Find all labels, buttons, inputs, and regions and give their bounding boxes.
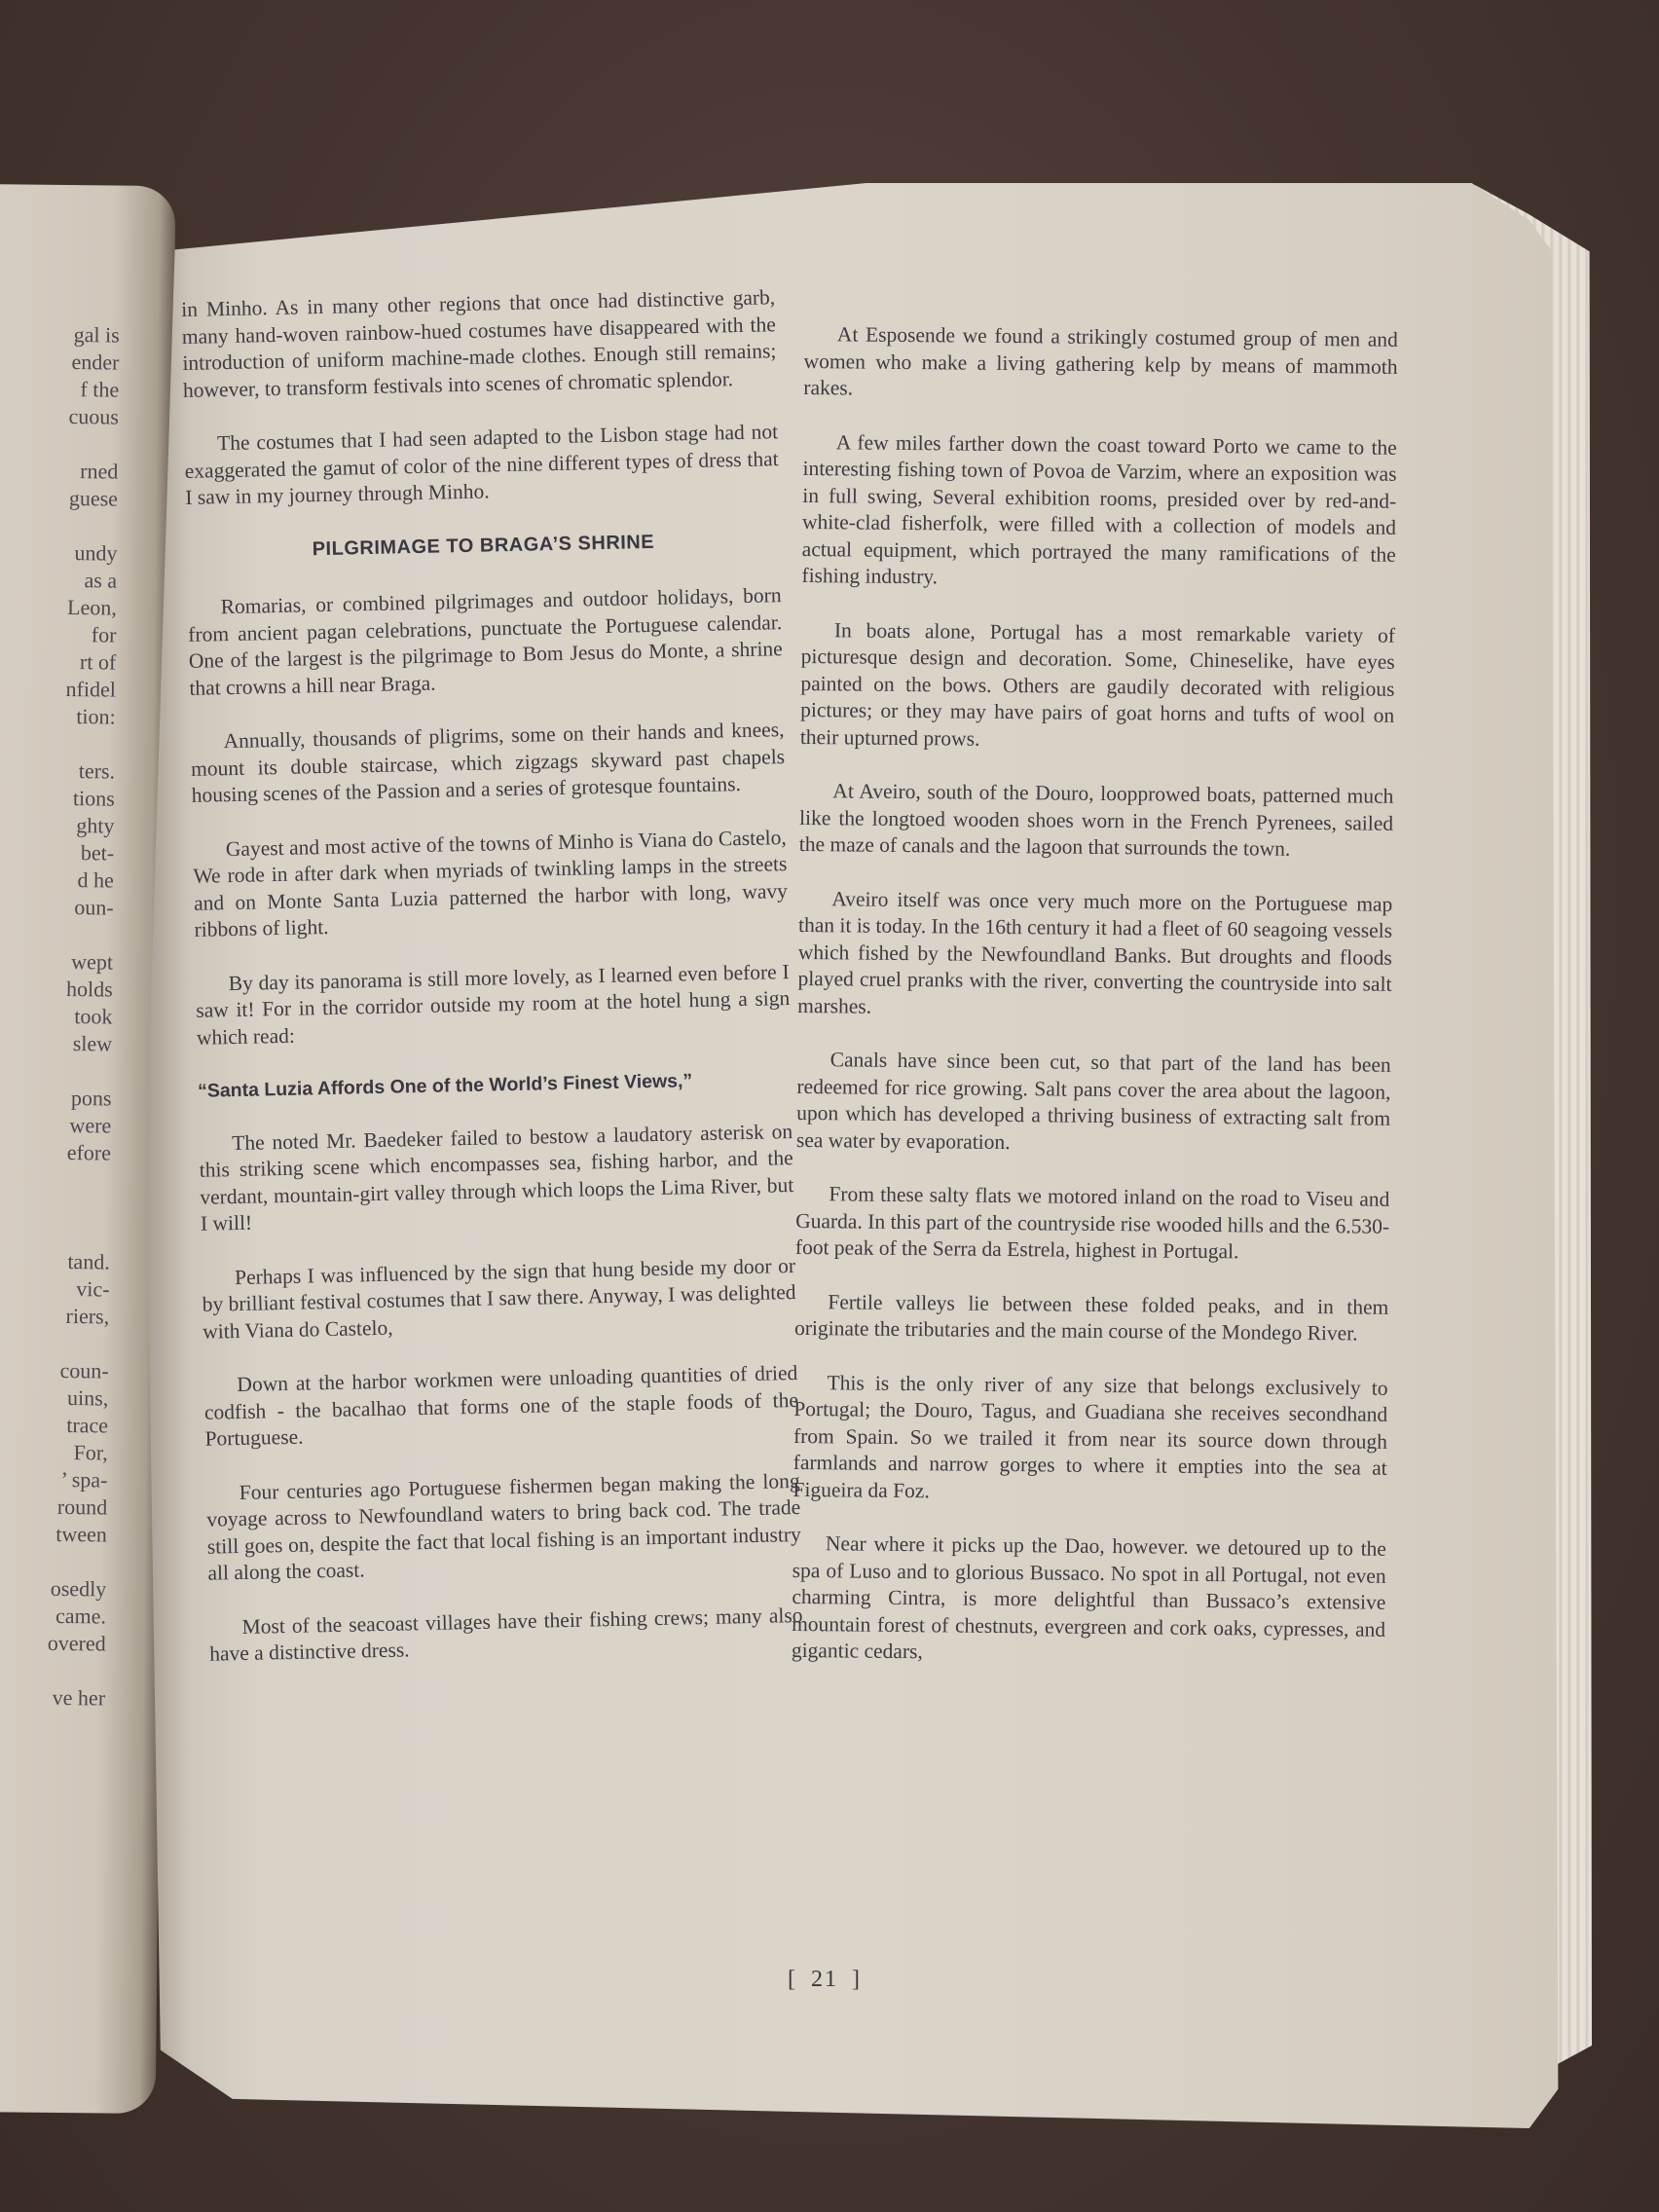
facing-page-line: took xyxy=(74,1003,112,1030)
facing-page-line: were xyxy=(69,1112,111,1139)
section-heading: PILGRIMAGE TO BRAGA’S SHRINE xyxy=(186,527,780,566)
facing-page-line: osedly xyxy=(51,1575,107,1604)
paragraph: Most of the seacoast villages have their… xyxy=(208,1602,803,1668)
left-column: in Minho. As in many other regions that … xyxy=(181,284,804,1695)
facing-page-line: d he xyxy=(77,866,114,894)
facing-page-line: f the xyxy=(80,376,119,403)
facing-page-line: ghty xyxy=(76,812,114,839)
facing-page-line: cuous xyxy=(68,403,119,431)
facing-page-line: coun- xyxy=(59,1357,108,1385)
paragraph: Romarias, or combined pilgrimages and ou… xyxy=(187,582,783,702)
paragraph: Perhaps I was influenced by the sign tha… xyxy=(202,1253,797,1346)
bracket-open: [ xyxy=(788,1967,797,1992)
facing-page-line: overed xyxy=(48,1630,106,1658)
right-column: At Esposende we found a strikingly costu… xyxy=(791,321,1397,1697)
paragraph: Aveiro itself was once very much more on… xyxy=(797,885,1392,1024)
facing-page-line: for xyxy=(92,621,117,648)
paragraph: By day its panorama is still more lovely… xyxy=(196,959,792,1051)
facing-page-line: wept xyxy=(71,948,113,976)
facing-page-line: ve her xyxy=(53,1684,106,1713)
facing-page-line: bet- xyxy=(81,839,114,866)
facing-page-line: Leon, xyxy=(67,594,117,622)
page-number: [21] xyxy=(774,1967,875,1993)
paragraph: The noted Mr. Baedeker failed to bestow … xyxy=(199,1119,794,1238)
facing-page-line: tion: xyxy=(76,703,116,730)
bracket-close: ] xyxy=(852,1967,862,1992)
facing-page-line: came. xyxy=(55,1603,106,1631)
page-number-value: 21 xyxy=(811,1967,838,1992)
facing-page-line: tand. xyxy=(67,1248,110,1275)
facing-page-line: efore xyxy=(67,1139,111,1166)
paragraph: This is the only river of any size that … xyxy=(793,1369,1387,1508)
facing-page-line: pons xyxy=(71,1085,112,1112)
facing-page-line: round xyxy=(57,1493,108,1522)
facing-page-line: rned xyxy=(80,458,118,485)
facing-page-line: tions xyxy=(73,785,115,812)
paragraph: A few miles farther down the coast towar… xyxy=(801,428,1397,595)
facing-page-line: tween xyxy=(55,1521,107,1549)
facing-page-line: gal is xyxy=(74,321,120,349)
facing-page-line: nfidel xyxy=(65,676,116,704)
facing-page-line: holds xyxy=(66,976,113,1003)
paragraph: The costumes that I had seen adapted to … xyxy=(184,419,780,511)
facing-page-line: trace xyxy=(66,1412,108,1439)
paragraph: From these salty flats we motored inland… xyxy=(795,1181,1390,1267)
facing-page-line: ender xyxy=(71,349,119,377)
paragraph: Near where it picks up the Dao, however.… xyxy=(792,1530,1386,1670)
paragraph: Canals have since been cut, so that part… xyxy=(796,1047,1391,1160)
sign-quote: “Santa Luzia Affords One of the World’s … xyxy=(198,1066,792,1105)
paragraph: At Aveiro, south of the Douro, loopprowe… xyxy=(799,778,1394,864)
facing-page-line: ’ spa- xyxy=(60,1466,107,1493)
facing-page-line: oun- xyxy=(74,894,114,921)
paragraph: Fertile valleys lie between these folded… xyxy=(794,1288,1388,1347)
facing-page-line: For, xyxy=(73,1439,107,1466)
paragraph: Annually, thousands of pligrims, some on… xyxy=(190,717,786,809)
paragraph: Down at the harbor workmen were unloadin… xyxy=(203,1360,799,1453)
facing-page-line: uins, xyxy=(67,1384,108,1412)
facing-page-line: riers, xyxy=(65,1303,109,1330)
paragraph: In boats alone, Portugal has a most rema… xyxy=(800,616,1395,756)
facing-page-line: guese xyxy=(69,485,118,513)
facing-page-text-fragments: gal isenderf thecuousrnedgueseundyas aLe… xyxy=(0,184,175,186)
paragraph: Gayest and most active of the towns of M… xyxy=(193,825,789,944)
facing-page-line: ters. xyxy=(79,757,116,785)
paragraph: in Minho. As in many other regions that … xyxy=(181,284,777,404)
paragraph: Four centuries ago Portuguese fishermen … xyxy=(205,1467,801,1587)
facing-page-line: as a xyxy=(84,567,117,594)
facing-page-line: rt of xyxy=(80,648,117,676)
facing-page-line: vic- xyxy=(76,1275,109,1303)
paragraph: At Esposende we found a strikingly costu… xyxy=(803,321,1398,407)
facing-page-line: undy xyxy=(74,539,117,567)
facing-page-line: slew xyxy=(73,1030,113,1057)
